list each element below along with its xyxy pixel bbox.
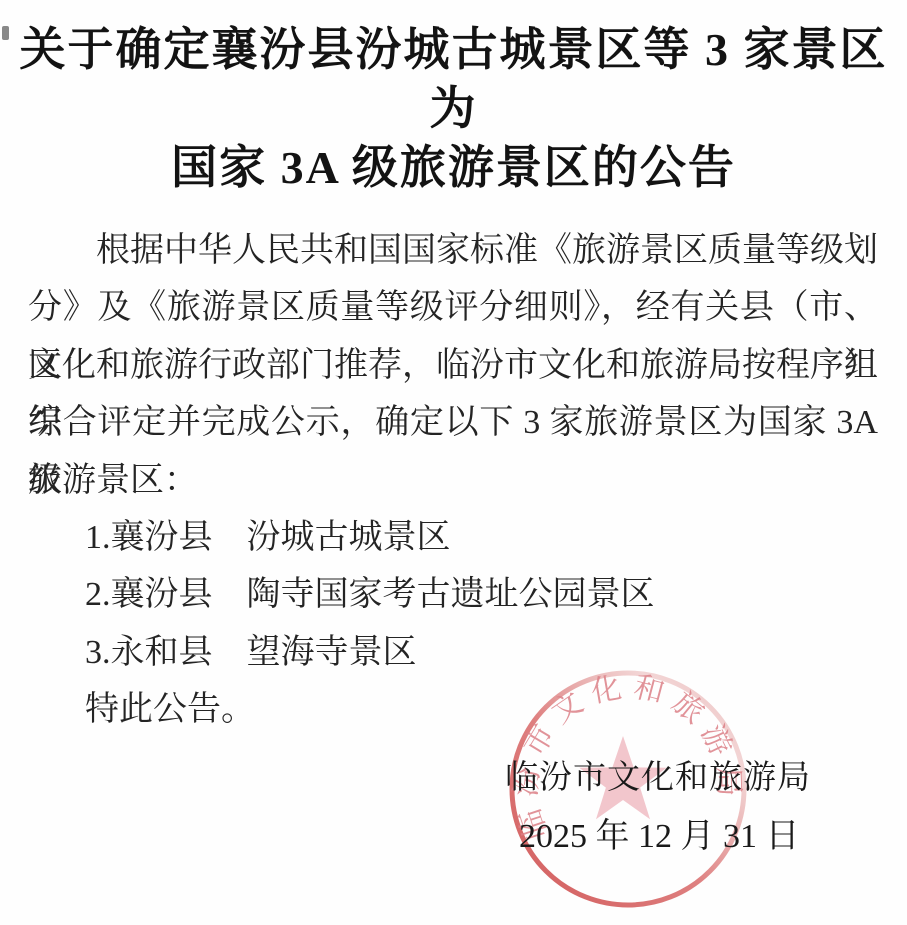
document-title: 关于确定襄汾县汾城古城景区等 3 家景区为 国家 3A 级旅游景区的公告 — [0, 0, 907, 197]
paragraph-line: 文化和旅游行政部门推荐，临汾市文化和旅游局按程序组织 — [28, 337, 878, 394]
paragraph-line: 根据中华人民共和国国家标准《旅游景区质量等级划 — [28, 222, 878, 279]
title-line-2: 国家 3A 级旅游景区的公告 — [0, 138, 907, 197]
document-body: 根据中华人民共和国国家标准《旅游景区质量等级划 分》及《旅游景区质量等级评分细则… — [28, 222, 878, 739]
list-item-1: 1.襄汾县 汾城古城景区 — [28, 509, 878, 566]
scan-artifact-mark — [2, 26, 9, 40]
signature-agency: 临汾市文化和旅游局 — [505, 758, 811, 798]
paragraph-line: 旅游景区： — [28, 452, 878, 509]
signature-date: 2025 年 12 月 31 日 — [519, 816, 800, 858]
announcement-document: 关于确定襄汾县汾城古城景区等 3 家景区为 国家 3A 级旅游景区的公告 根据中… — [0, 0, 907, 925]
title-line-1: 关于确定襄汾县汾城古城景区等 3 家景区为 — [0, 20, 907, 138]
paragraph-line: 分》及《旅游景区质量等级评分细则》，经有关县（市、区） — [28, 279, 878, 336]
list-item-2: 2.襄汾县 陶寺国家考古遗址公园景区 — [28, 566, 878, 623]
paragraph-line: 综合评定并完成公示，确定以下 3 家旅游景区为国家 3A 级 — [28, 394, 878, 451]
